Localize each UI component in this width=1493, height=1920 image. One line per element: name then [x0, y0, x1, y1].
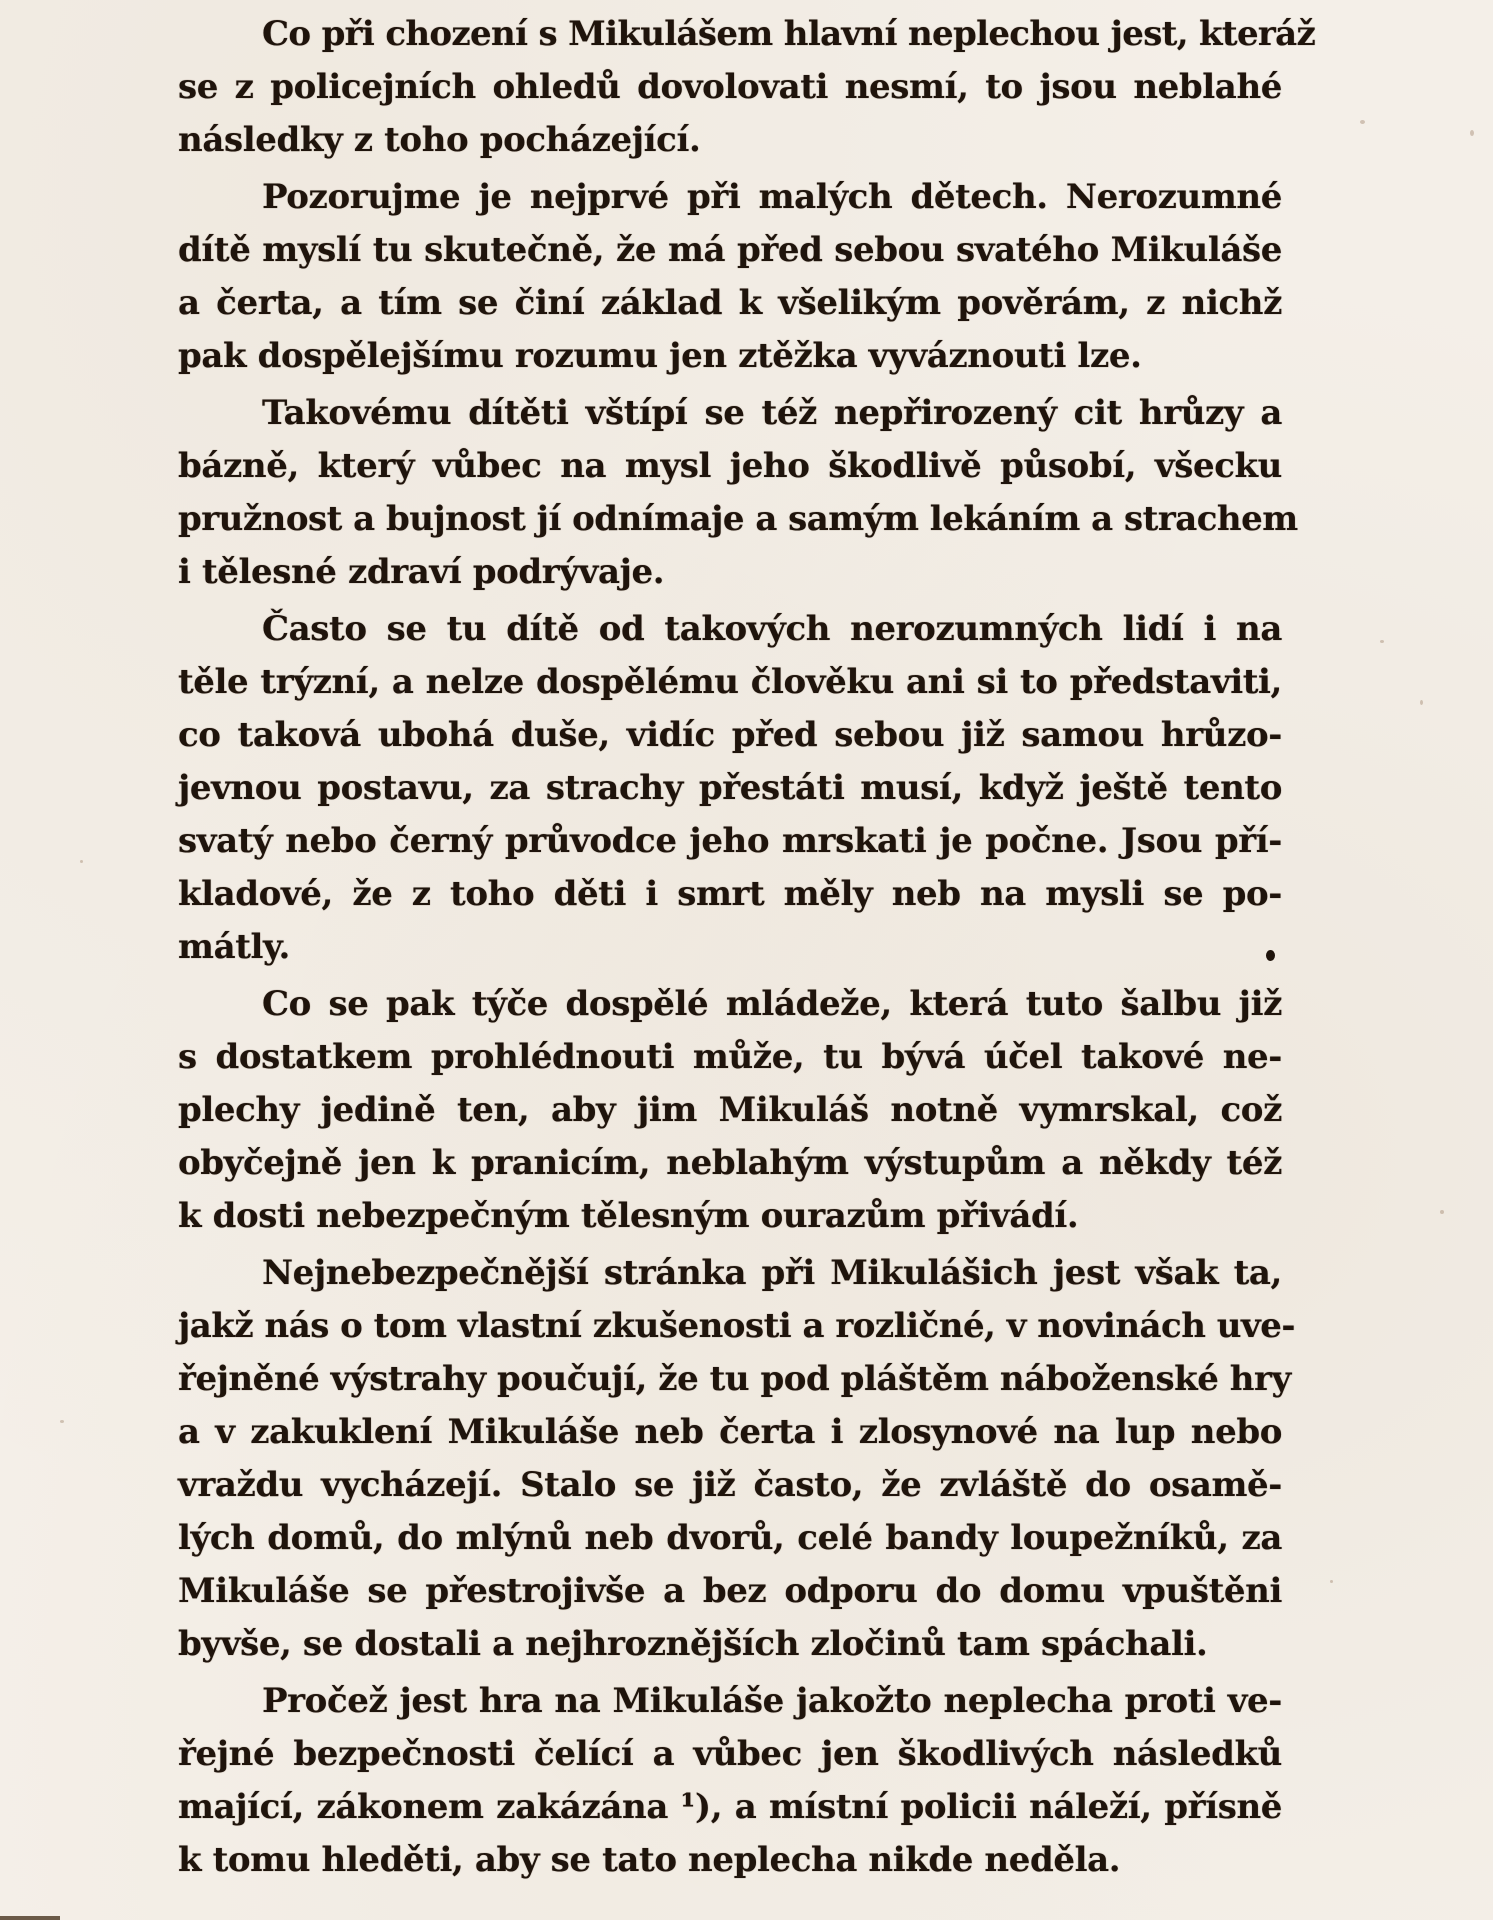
text-line: dítě myslí tu skutečně, že má před sebou… [178, 224, 1282, 277]
text-line: lých domů, do mlýnů neb dvorů, celé band… [178, 1512, 1282, 1565]
paragraph-6: Nejnebezpečnější stránka při Mikulášich … [178, 1247, 1282, 1671]
text-line: pak dospělejšímu rozumu jen ztěžka vyváz… [178, 330, 1282, 383]
text-line: bázně, který vůbec na mysl jeho škodlivě… [178, 440, 1282, 493]
text-line: i tělesné zdraví podrývaje. [178, 546, 1282, 599]
text-line: mátly. [178, 921, 1282, 974]
text-line: pružnost a bujnost jí odnímaje a samým l… [178, 493, 1282, 546]
text-line: jevnou postavu, za strachy přestáti musí… [178, 762, 1282, 815]
paper-speck [60, 1420, 64, 1423]
text-line: k dosti nebezpečným tělesným ourazům při… [178, 1190, 1282, 1243]
text-line: mající, zákonem zakázána ¹), a místní po… [178, 1781, 1282, 1834]
paragraph-2: Pozorujme je nejprvé při malých dětech. … [178, 171, 1282, 383]
text-line: byvše, se dostali a nejhroznějších zloči… [178, 1618, 1282, 1671]
text-line: co taková ubohá duše, vidíc před sebou j… [178, 709, 1282, 762]
scan-edge [0, 1916, 60, 1920]
text-line: Pozorujme je nejprvé při malých dětech. … [178, 171, 1282, 224]
text-line: s dostatkem prohlédnouti může, tu bývá ú… [178, 1031, 1282, 1084]
text-line: řejněné výstrahy poučují, že tu pod pláš… [178, 1353, 1282, 1406]
paper-speck [1360, 120, 1365, 124]
paper-speck [1470, 130, 1474, 136]
paragraph-7: Pročež jest hra na Mikuláše jakožto nepl… [178, 1675, 1282, 1887]
text-line: těle trýzní, a nelze dospělému člověku a… [178, 656, 1282, 709]
text-line: svatý nebo černý průvodce jeho mrskati j… [178, 815, 1282, 868]
text-line: Nejnebezpečnější stránka při Mikulášich … [178, 1247, 1282, 1300]
text-line: Pročež jest hra na Mikuláše jakožto nepl… [178, 1675, 1282, 1728]
stray-ink-dot [1266, 950, 1275, 961]
text-line: kladové, že z toho děti i smrt měly neb … [178, 868, 1282, 921]
text-line: Takovému dítěti vštípí se též nepřirozen… [178, 387, 1282, 440]
text-line: jakž nás o tom vlastní zkušenosti a rozl… [178, 1300, 1282, 1353]
text-line: vraždu vycházejí. Stalo se již často, že… [178, 1459, 1282, 1512]
paper-speck [1440, 1210, 1444, 1214]
paragraph-4: Často se tu dítě od takových nerozumných… [178, 603, 1282, 974]
text-line: obyčejně jen k pranicím, neblahým výstup… [178, 1137, 1282, 1190]
text-line: se z policejních ohledů dovolovati nesmí… [178, 61, 1282, 114]
paragraph-5: Co se pak týče dospělé mládeže, která tu… [178, 978, 1282, 1243]
text-line: Často se tu dítě od takových nerozumných… [178, 603, 1282, 656]
paper-speck [1380, 640, 1384, 643]
text-line: Co se pak týče dospělé mládeže, která tu… [178, 978, 1282, 1031]
text-line: k tomu hleděti, aby se tato neplecha nik… [178, 1834, 1282, 1887]
paper-speck [80, 860, 83, 863]
scanned-page: Co při chození s Mikulášem hlavní neplec… [0, 0, 1493, 1920]
paper-speck [1330, 1580, 1333, 1583]
paragraph-3: Takovému dítěti vštípí se též nepřirozen… [178, 387, 1282, 599]
body-text: Co při chození s Mikulášem hlavní neplec… [178, 8, 1282, 1891]
text-line: následky z toho pocházející. [178, 114, 1282, 167]
text-line: a čerta, a tím se činí základ k všelikým… [178, 277, 1282, 330]
text-line: řejné bezpečnosti čelící a vůbec jen ško… [178, 1728, 1282, 1781]
text-line: plechy jedině ten, aby jim Mikuláš notně… [178, 1084, 1282, 1137]
text-line: Co při chození s Mikulášem hlavní neplec… [178, 8, 1282, 61]
paper-speck [1420, 700, 1423, 705]
text-line: a v zakuklení Mikuláše neb čerta i zlosy… [178, 1406, 1282, 1459]
text-line: Mikuláše se přestrojivše a bez odporu do… [178, 1565, 1282, 1618]
paragraph-1: Co při chození s Mikulášem hlavní neplec… [178, 8, 1282, 167]
